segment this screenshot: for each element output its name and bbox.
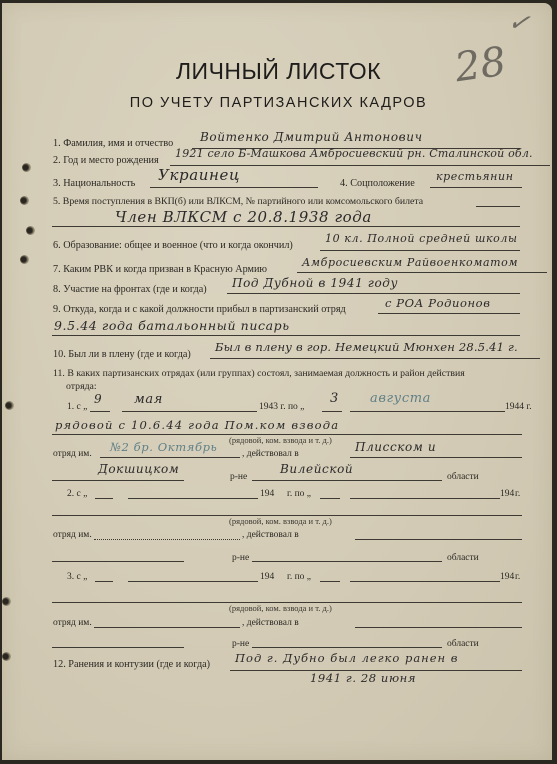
entry1-otryad-value: №2 бр. Октябрь: [110, 440, 217, 454]
entry3-from-year: 194: [260, 572, 274, 582]
entry3-district-label: р-не: [232, 639, 249, 649]
underline: [252, 647, 442, 648]
entry3-acted-label: , действовал в: [242, 618, 299, 628]
value-party: Член ВЛКСМ с 20.8.1938 года: [115, 208, 372, 226]
underline: [320, 581, 340, 582]
label-military-registration: 7. Каким РВК и когда призван в Красную А…: [53, 264, 267, 275]
entry1-otryad-label: отряд им.: [53, 449, 92, 459]
punch-hole: [5, 401, 14, 410]
underline: [95, 581, 113, 582]
entry2-district-label: р-не: [232, 553, 249, 563]
value-wounds-line1: Под г. Дубно был легко ранен в: [235, 651, 458, 665]
entry1-district-value: Докшицком: [98, 462, 179, 476]
punch-hole: [26, 226, 35, 235]
entry2-otryad-label: отряд им.: [53, 530, 92, 540]
underline: [350, 581, 500, 582]
entry2-to-year: 194: [500, 489, 514, 499]
value-captivity: Был в плену в гор. Немецкий Мюнхен 28.5.…: [215, 340, 518, 354]
label-education: 6. Образование: общее и военное (что и к…: [53, 240, 293, 251]
underline: [320, 498, 340, 499]
underline: [252, 480, 442, 481]
entry1-to-month: августа: [370, 391, 431, 406]
value-fronts: Под Дубной в 1941 году: [232, 276, 398, 290]
underline: [355, 539, 522, 540]
value-full-name: Войтенко Дмитрий Антонович: [200, 130, 423, 144]
underline: [227, 293, 520, 294]
underline: [52, 480, 184, 481]
underline: [52, 561, 184, 562]
entry2-region-label: области: [447, 553, 479, 563]
label-party: 5. Время поступления в ВКП(б) или ВЛКСМ,…: [53, 196, 423, 207]
entry1-acted-label: , действовал в: [242, 449, 299, 459]
entry2-num: 2. с „: [67, 489, 87, 499]
entry3-num: 3. с „: [67, 572, 87, 582]
underline: [350, 498, 500, 499]
punch-hole: [22, 163, 31, 172]
underline: [128, 581, 258, 582]
value-arrival-line2: 9.5.44 года батальонный писарь: [54, 318, 290, 333]
underline: [320, 250, 520, 251]
punch-hole: [20, 255, 29, 264]
underline: [100, 457, 240, 458]
underline: [150, 187, 318, 188]
label-captivity: 10. Был ли в плену (где и когда): [53, 349, 191, 360]
underline: [128, 498, 258, 499]
label-fronts: 8. Участие на фронтах (где и когда): [53, 284, 207, 295]
underline: [52, 335, 520, 336]
punch-hole: [20, 196, 29, 205]
entry3-to-year: 194: [500, 572, 514, 582]
label-social-status: 4. Соцположение: [340, 178, 415, 189]
label-detachments-cont: отряда:: [66, 381, 97, 392]
label-birth: 2. Год и место рождения: [53, 155, 159, 166]
entry1-to-year: 1944 г.: [505, 402, 532, 412]
value-arrival-line1: с РОА Родионов: [385, 296, 491, 310]
entry3-position-caption: (рядовой, ком. взвода и т. д.): [229, 603, 332, 613]
underline: [94, 627, 240, 628]
entry1-num: 1. с „: [67, 402, 87, 412]
underline: [355, 627, 522, 628]
underline: [322, 411, 342, 412]
punch-hole: [2, 652, 11, 661]
underline: [210, 358, 540, 359]
entry3-year-suffix: г.: [515, 572, 520, 582]
value-nationality: Украинец: [158, 166, 240, 184]
underline: [90, 411, 110, 412]
document-subtitle: ПО УЧЕТУ ПАРТИЗАНСКИХ КАДРОВ: [0, 95, 557, 111]
entry2-year-suffix: г.: [515, 489, 520, 499]
underline: [94, 539, 240, 540]
value-wounds-line2: 1941 г. 28 июня: [310, 671, 416, 685]
entry3-otryad-label: отряд им.: [53, 618, 92, 628]
punch-hole: [2, 597, 11, 606]
entry1-position: рядовой с 10.6.44 года Пом.ком взвода: [55, 418, 339, 432]
underline: [476, 206, 520, 207]
value-birth: 1921 село Б-Машкова Амбросиевский рн. Ст…: [175, 147, 533, 160]
label-nationality: 3. Национальность: [53, 178, 135, 189]
label-full-name: 1. Фамилия, имя и отчество: [53, 138, 173, 149]
underline: [122, 411, 257, 412]
entry1-to-day: 3: [330, 391, 339, 406]
entry1-position-caption: (рядовой, ком. взвода и т. д.): [229, 435, 332, 445]
entry2-from-year: 194: [260, 489, 274, 499]
entry1-acted-value: Плисском и: [355, 440, 436, 454]
label-arrival: 9. Откуда, когда и с какой должности при…: [53, 304, 346, 315]
entry2-position-caption: (рядовой, ком. взвода и т. д.): [229, 516, 332, 526]
underline: [52, 226, 520, 227]
entry1-region-value: Вилейской: [280, 462, 353, 476]
page-number-pencil: 28: [452, 39, 509, 92]
value-social-status: крестьянин: [436, 170, 514, 183]
entry3-to-label: г. по „: [287, 572, 311, 582]
underline: [252, 561, 442, 562]
entry1-year-label: 1943 г. по „: [259, 402, 304, 412]
value-education: 10 кл. Полной средней школы: [325, 232, 518, 245]
underline: [297, 272, 547, 273]
entry2-to-label: г. по „: [287, 489, 311, 499]
underline: [350, 457, 522, 458]
underline: [430, 187, 522, 188]
underline: [95, 498, 113, 499]
entry1-from-day: 9: [94, 392, 102, 406]
entry3-region-label: области: [447, 639, 479, 649]
label-detachments: 11. В каких партизанских отрядах (или гр…: [53, 368, 465, 379]
label-wounds: 12. Ранения и контузии (где и когда): [53, 659, 210, 670]
entry1-district-label: р-не: [230, 472, 247, 482]
underline: [52, 647, 184, 648]
underline: [350, 411, 505, 412]
value-military-registration: Амбросиевским Райвоенкоматом: [302, 256, 518, 269]
underline: [378, 313, 520, 314]
entry1-region-label: области: [447, 472, 479, 482]
entry1-from-month: мая: [134, 392, 163, 407]
entry2-acted-label: , действовал в: [242, 530, 299, 540]
